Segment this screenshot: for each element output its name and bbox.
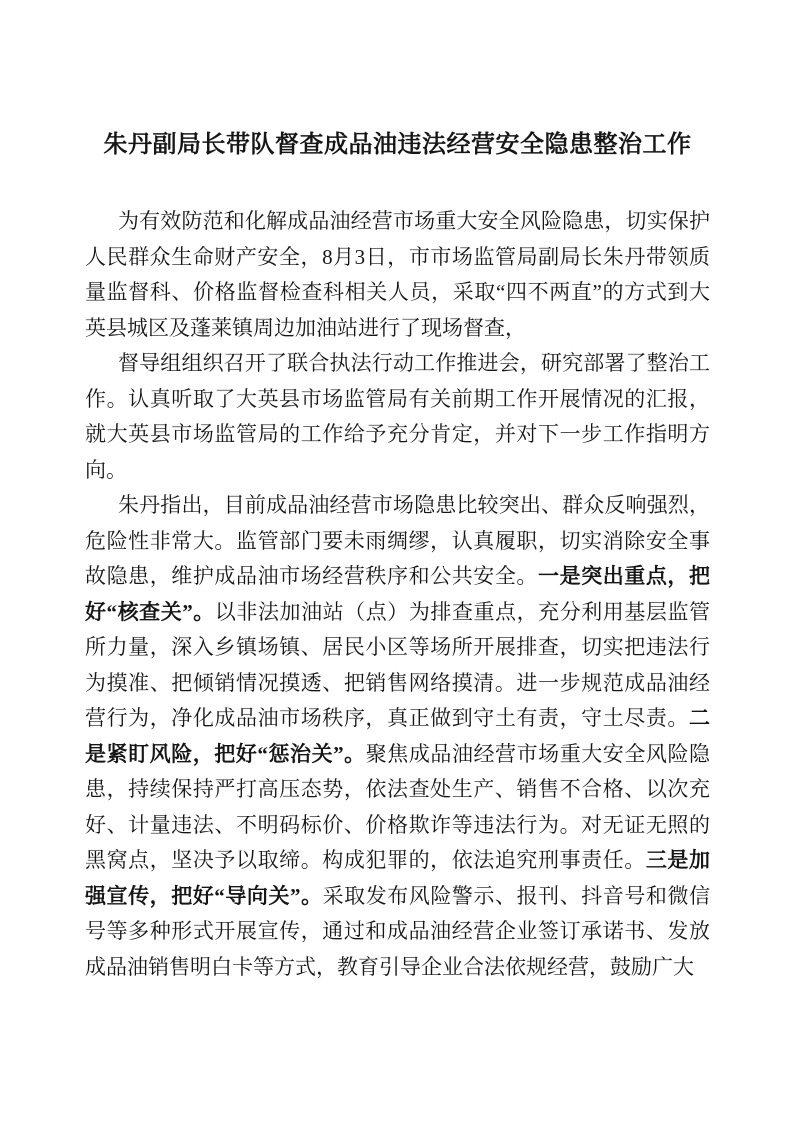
paragraph-intro: 为有效防范和化解成品油经营市场重大安全风险隐患，切实保护人民群众生命财产安全，8… <box>85 204 710 346</box>
paragraph-meeting: 督导组组织召开了联合执法行动工作推进会，研究部署了整治工作。认真听取了大英县市场… <box>85 346 710 488</box>
text-segment: 督导组组织召开了联合执法行动工作推进会，研究部署了整治工作。认真听取了大英县市场… <box>85 351 710 482</box>
document-title: 朱丹副局长带队督查成品油违法经营安全隐患整治工作 <box>85 125 710 165</box>
paragraph-requirements: 朱丹指出，目前成品油经营市场隐患比较突出、群众反响强烈，危险性非常大。监管部门要… <box>85 488 710 985</box>
text-segment: 为有效防范和化解成品油经营市场重大安全风险隐患，切实保护人民群众生命财产安全，8… <box>85 209 710 340</box>
document-body: 为有效防范和化解成品油经营市场重大安全风险隐患，切实保护人民群众生命财产安全，8… <box>85 204 710 985</box>
document-page: 朱丹副局长带队督查成品油违法经营安全隐患整治工作 为有效防范和化解成品油经营市场… <box>0 0 793 1122</box>
